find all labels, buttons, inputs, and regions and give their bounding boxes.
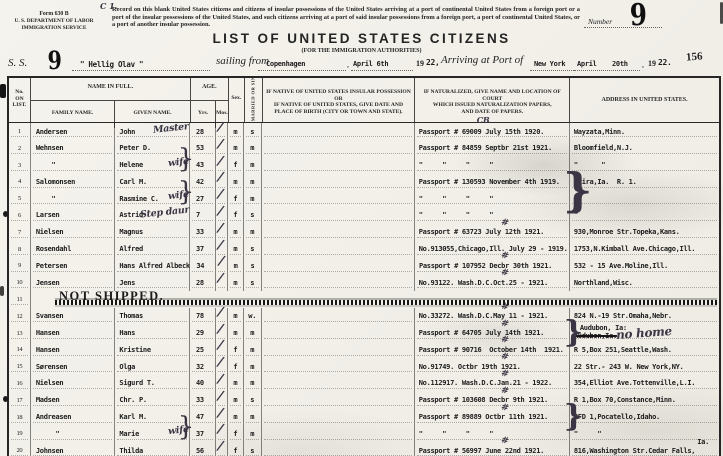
cell-family: Svansen bbox=[31, 308, 116, 325]
row-number: 2 bbox=[9, 140, 31, 157]
table-row: 3 "Helenewife}43/fm" " " "" " bbox=[9, 157, 719, 174]
handwritten-check: # bbox=[500, 351, 509, 362]
cell-family: Madsen bbox=[31, 392, 116, 409]
not-shipped-stamp: NOT SHIPPED. bbox=[59, 289, 164, 304]
ss-label: S. S. bbox=[8, 57, 27, 69]
table-row: 4SalomonsenCarl M.42/mmPassport # 130593… bbox=[9, 173, 719, 190]
cell-ms: m bbox=[244, 190, 262, 207]
row-number: 11 bbox=[9, 291, 31, 308]
printed-comma: , bbox=[347, 60, 349, 69]
cell-family: Larsen bbox=[31, 207, 116, 224]
cell-sex: f bbox=[228, 358, 244, 375]
cell-given: Hans Alfred Albeck bbox=[115, 257, 190, 274]
cell-sex: m bbox=[228, 140, 244, 157]
printed-comma: , bbox=[642, 60, 644, 69]
handwritten-check: # bbox=[500, 251, 509, 262]
cell-given: Thilda bbox=[115, 442, 190, 456]
cell-sex: f bbox=[228, 190, 244, 207]
table-row: 19 "Mariewife}37/fm" " " "" " bbox=[9, 425, 719, 442]
cell-sex: m bbox=[228, 123, 244, 140]
handwritten-check: # bbox=[500, 368, 509, 379]
cell-family: Petersen bbox=[31, 257, 115, 274]
cell-yrs: 29/ bbox=[190, 325, 216, 342]
cell-sex: f bbox=[228, 442, 244, 456]
cell-sex: f bbox=[228, 207, 244, 224]
table-row: 9PetersenHans Alfred Albeck34/msPassport… bbox=[9, 257, 719, 274]
cell-addr: R 1,Box 70,Constance,Minn. bbox=[570, 392, 719, 409]
cell-birth bbox=[262, 409, 415, 426]
address-entry: 354,Elliot Ave.Tottenville,L.I. bbox=[574, 379, 695, 387]
handwritten-check: # bbox=[500, 385, 509, 396]
cell-yrs: 32/ bbox=[190, 358, 216, 375]
cell-nat: Passport # 63723 July 12th 1921.# bbox=[415, 224, 570, 241]
handwritten-brace: } bbox=[564, 318, 583, 348]
cell-family: Nielsen bbox=[31, 224, 116, 241]
cell-family: Salomonsen bbox=[31, 173, 116, 190]
cell-family: Hansen bbox=[31, 325, 116, 342]
cell-ms: m bbox=[244, 409, 262, 426]
cell-family: Sørensen bbox=[31, 358, 116, 375]
cell-family: Johnsen bbox=[31, 442, 116, 456]
margin-ink-mark bbox=[3, 396, 8, 402]
table-row: 15SørensenOlga32/fmNo.91749. Octbr 19th … bbox=[9, 358, 719, 375]
cell-sex: m bbox=[228, 274, 244, 291]
col-header-married-single: MARRIED OR SINGLE bbox=[245, 78, 263, 122]
number-ruling-line bbox=[584, 26, 662, 28]
handwritten-check: # bbox=[500, 435, 509, 446]
cell-addr: }Exira,Ia. R. 1. bbox=[570, 173, 719, 190]
page-title: LIST OF UNITED STATES CITIZENS bbox=[0, 31, 723, 46]
row-number: 10 bbox=[9, 274, 31, 291]
col-header-sex: Sex. bbox=[229, 78, 245, 122]
cell-ms: s bbox=[244, 123, 262, 140]
cell-given: Helenewife} bbox=[115, 157, 190, 174]
address-entry: Northland,Wisc. bbox=[574, 279, 633, 287]
cell-sex: f bbox=[228, 425, 244, 442]
handwritten-note: Step daur bbox=[139, 204, 189, 220]
naturalization-entry: Passport # 90716 October 14th 1921. bbox=[419, 346, 564, 354]
naturalization-entry: Passport # 64705 July 14th 1921. bbox=[419, 329, 544, 337]
cell-sex: m bbox=[228, 241, 244, 258]
cell-ms: w. bbox=[244, 308, 262, 325]
table-row: 20JohnsenThilda56/fsPassport # 56997 Jun… bbox=[9, 442, 719, 456]
naturalization-entry: Passport # 103608 Decbr 9th 1921. bbox=[419, 396, 548, 404]
ship-name: " Hellig Olav " bbox=[80, 60, 143, 69]
row-number: 12 bbox=[9, 308, 31, 325]
row-number: 9 bbox=[9, 257, 31, 274]
cell-given: AstridStep daur bbox=[115, 207, 190, 224]
arrival-year: 22. bbox=[658, 58, 672, 67]
table-row: 14HansenKristine25/fmPassport # 90716 Oc… bbox=[9, 341, 719, 358]
row-number: 19 bbox=[9, 425, 31, 442]
cell-family: Hansen bbox=[31, 341, 116, 358]
cell-yrs: 27/ bbox=[190, 190, 216, 207]
naturalization-entry: Passport # 107952 Decbr 30th 1921. bbox=[419, 262, 552, 270]
printed-year-19: 19 bbox=[648, 59, 656, 68]
cell-addr: 1753,N.Kimball Ave.Chicago,Ill. bbox=[570, 241, 719, 258]
cell-birth bbox=[262, 308, 415, 325]
cell-birth bbox=[262, 274, 415, 291]
row-number: 6 bbox=[9, 207, 31, 224]
cell-addr: Wayzata,Minn. bbox=[570, 123, 719, 140]
cell-ms: m bbox=[244, 375, 262, 392]
cell-family: " bbox=[31, 157, 116, 174]
col-header-name: NAME IN FULL. FAMILY NAME. GIVEN NAME. bbox=[31, 78, 191, 122]
departure-year: 22, bbox=[426, 58, 440, 67]
arriving-label: Arriving at Port of bbox=[441, 54, 523, 66]
instructions-paragraph: Record on this blank United States citiz… bbox=[112, 6, 580, 29]
cell-given: Hans bbox=[115, 325, 190, 342]
ruling-line bbox=[351, 69, 413, 71]
cell-nat: " " " " bbox=[415, 425, 570, 442]
cell-ms: m bbox=[244, 140, 262, 157]
table-row: 16NielsenSigurd T.40/mmNo.112917. Wash.D… bbox=[9, 375, 719, 392]
arrival-month: April bbox=[577, 60, 597, 68]
cell-addr: R 5,Box 251,Seattle,Wash. bbox=[570, 341, 719, 358]
cell-birth bbox=[262, 157, 415, 174]
address-entry: R 5,Box 251,Seattle,Wash. bbox=[574, 346, 672, 354]
departure-date: April 6th bbox=[353, 60, 388, 68]
cell-given: Sigurd T. bbox=[115, 375, 190, 392]
cell-nat: No.112917. Wash.D.C.Jan.21 - 1922.# bbox=[415, 375, 570, 392]
row-number: 17 bbox=[9, 392, 31, 409]
cell-sex: m bbox=[228, 224, 244, 241]
address-entry: 532 - 15 Ave.Moline,Ill. bbox=[574, 262, 668, 270]
address-entry: 930,Monroe Str.Topeka,Kans. bbox=[574, 228, 680, 236]
address-entry: 22 Str.- 243 W. New York,NY. bbox=[574, 363, 684, 371]
table-row: 1AndersenJohnMaster28/msPassport # 69009… bbox=[9, 123, 719, 140]
cell-ms: m bbox=[244, 325, 262, 342]
cell-addr: }RFD 1,Pocatello,Idaho. bbox=[570, 409, 719, 426]
cell-given: Magnus bbox=[115, 224, 190, 241]
cell-given: Mariewife} bbox=[115, 425, 190, 442]
naturalization-entry: Passport # 63723 July 12th 1921. bbox=[419, 228, 544, 236]
cell-ms: s bbox=[244, 257, 262, 274]
table-row: 8RosendahlAlfred37/msNo.913055,Chicago,I… bbox=[9, 241, 719, 258]
name-in-full-label: NAME IN FULL. bbox=[31, 78, 190, 101]
cell-yrs: 33/ bbox=[190, 224, 216, 241]
cell-family: " bbox=[31, 425, 116, 442]
cell-ms: m bbox=[244, 358, 262, 375]
cell-addr: 824 N.-19 Str.Omaha,Nebr. bbox=[570, 308, 719, 325]
cell-ms: m bbox=[244, 341, 262, 358]
cell-yrs: 33/ bbox=[190, 392, 216, 409]
cell-nat: Passport # 107952 Decbr 30th 1921.# bbox=[415, 257, 570, 274]
cell-birth bbox=[262, 207, 415, 224]
cell-addr: " bbox=[570, 190, 719, 207]
arrival-day: 20th bbox=[612, 60, 628, 68]
cell-addr: 22 Str.- 243 W. New York,NY. bbox=[570, 358, 719, 375]
table-row: 6LarsenAstridStep daur7/fs" " " "" bbox=[9, 207, 719, 224]
handwritten-check: # bbox=[500, 217, 509, 228]
cell-birth bbox=[262, 123, 415, 140]
cell-given: Kristine bbox=[115, 341, 190, 358]
manifest-table: No. ON LIST. NAME IN FULL. FAMILY NAME. … bbox=[7, 76, 721, 456]
cell-sex: m bbox=[228, 392, 244, 409]
cell-birth bbox=[262, 224, 415, 241]
cell-given: Alfred bbox=[115, 241, 190, 258]
cell-sex: f bbox=[228, 157, 244, 174]
col-header-naturalization: IF NATURALIZED, GIVE NAME AND LOCATION O… bbox=[415, 78, 570, 122]
departure-port: Copenhagen bbox=[266, 60, 305, 68]
cell-addr: }Audubon, Ia:Audubon,Ia.no home bbox=[570, 325, 719, 342]
cell-birth bbox=[262, 442, 415, 456]
table-row: 7NielsenMagnus33/mmPassport # 63723 July… bbox=[9, 224, 719, 241]
cell-nat: " " " " bbox=[415, 190, 570, 207]
ship-manifest-document: C 1. Form 630 B U. S. DEPARTMENT OF LABO… bbox=[0, 0, 723, 456]
handwritten-check: # bbox=[500, 267, 509, 278]
not-shipped-area: NOT SHIPPED. bbox=[31, 291, 719, 308]
cell-nat: No.33272. Wash.D.C.May 11 - 1921.# bbox=[415, 308, 570, 325]
cell-birth bbox=[262, 241, 415, 258]
row-number: 1 bbox=[9, 123, 31, 140]
table-row: 18AndreasenKarl M.47/mmPassport # 89889 … bbox=[9, 409, 719, 426]
not-shipped-row: 11NOT SHIPPED. bbox=[9, 291, 719, 308]
printed-year-19: 19 bbox=[416, 59, 424, 68]
agency-name: U. S. DEPARTMENT OF LABOR bbox=[6, 18, 102, 25]
cell-addr: Bloomfield,N.J. bbox=[570, 140, 719, 157]
row-number: 16 bbox=[9, 375, 31, 392]
handwritten-brace: } bbox=[564, 402, 583, 432]
cell-sex: m bbox=[228, 173, 244, 190]
cell-sex: m bbox=[228, 375, 244, 392]
ruling-line bbox=[574, 69, 640, 71]
row-number: 13 bbox=[9, 325, 31, 342]
cell-birth bbox=[262, 140, 415, 157]
arrival-port: New York bbox=[534, 60, 565, 68]
row-number: 20 bbox=[9, 442, 31, 456]
cell-birth bbox=[262, 325, 415, 342]
cell-nat: Passport # 84859 Septbr 21st 1921. bbox=[415, 140, 570, 157]
address-entry: 824 N.-19 Str.Omaha,Nebr. bbox=[574, 312, 672, 320]
naturalization-entry: No.93122. Wash.D.C.Oct.25 - 1921. bbox=[419, 279, 548, 287]
sailing-from-label: sailing from bbox=[216, 55, 269, 67]
naturalization-entry: No.33272. Wash.D.C.May 11 - 1921. bbox=[419, 312, 548, 320]
cell-family: Nielsen bbox=[31, 375, 116, 392]
cell-nat: Passport # 130593 November 4th 1919. bbox=[415, 173, 570, 190]
naturalization-entry: " " " " bbox=[419, 161, 493, 169]
margin-ink-mark bbox=[3, 211, 8, 217]
form-number: Form 630 B bbox=[6, 11, 102, 18]
cell-ms: m bbox=[244, 173, 262, 190]
cell-nat: " " " " bbox=[415, 157, 570, 174]
naturalization-entry: Passport # 84859 Septbr 21st 1921. bbox=[419, 144, 552, 152]
cell-birth bbox=[262, 375, 415, 392]
cell-yrs: 7/ bbox=[190, 207, 216, 224]
cell-ms: s bbox=[244, 241, 262, 258]
table-row: 12SvansenThomas78/mw.No.33272. Wash.D.C.… bbox=[9, 308, 719, 325]
cell-yrs: 34/ bbox=[190, 257, 216, 274]
table-row: 13HansenHans29/mmPassport # 64705 July 1… bbox=[9, 325, 719, 342]
page-number: 156 bbox=[686, 50, 703, 63]
cell-mos bbox=[216, 442, 228, 456]
cell-family: Andreasen bbox=[31, 409, 116, 426]
cell-yrs: 25/ bbox=[190, 341, 216, 358]
cell-yrs: 40/ bbox=[190, 375, 216, 392]
address-overflow-entry: Ia. bbox=[697, 438, 709, 446]
col-header-birth: IF NATIVE OF UNITED STATES INSULAR POSSE… bbox=[263, 78, 416, 122]
cell-sex: m bbox=[228, 257, 244, 274]
col-header-address: ADDRESS IN UNITED STATES. bbox=[570, 78, 719, 122]
ruling-line bbox=[258, 69, 346, 71]
col-header-age: AGE. Yrs. Mos. bbox=[191, 78, 229, 122]
cell-birth bbox=[262, 257, 415, 274]
cell-yrs: 28/ bbox=[190, 274, 216, 291]
cell-nat: " " " " bbox=[415, 207, 570, 224]
row-number: 15 bbox=[9, 358, 31, 375]
cell-yrs: 28/ bbox=[190, 123, 216, 140]
cell-yrs: 43/ bbox=[190, 157, 216, 174]
cell-nat: Passport # 64705 July 14th 1921.# bbox=[415, 325, 570, 342]
col-header-no: No. ON LIST. bbox=[9, 78, 31, 122]
cell-yrs: 78/ bbox=[190, 308, 216, 325]
handwritten-check: # bbox=[500, 318, 509, 329]
row-number: 14 bbox=[9, 341, 31, 358]
cell-nat: Passport # 89889 Octbr 11th 1921.# bbox=[415, 409, 570, 426]
table-row: 5 "Rasmine C.wife}27/fm" " " "" bbox=[9, 190, 719, 207]
naturalization-entry: Passport # 69009 July 15th 1920. bbox=[419, 128, 544, 136]
address-entry: RFD 1,Pocatello,Idaho. bbox=[574, 413, 660, 421]
age-label: AGE. bbox=[191, 78, 228, 101]
table-body: 1AndersenJohnMaster28/msPassport # 69009… bbox=[9, 123, 719, 456]
table-header: No. ON LIST. NAME IN FULL. FAMILY NAME. … bbox=[9, 78, 719, 123]
cell-ms: m bbox=[244, 425, 262, 442]
naturalization-entry: Passport # 56997 June 22nd 1921. bbox=[419, 447, 544, 455]
ink-blob bbox=[0, 286, 4, 296]
cell-addr: Northland,Wisc. bbox=[570, 274, 719, 291]
cell-addr: 532 - 15 Ave.Moline,Ill. bbox=[570, 257, 719, 274]
number-label: Number bbox=[588, 17, 612, 26]
row-number: 18 bbox=[9, 409, 31, 426]
cell-yrs: 37/ bbox=[190, 241, 216, 258]
table-row: 2WehnsenPeter D.53/mmPassport # 84859 Se… bbox=[9, 140, 719, 157]
handwritten-brace: } bbox=[563, 168, 592, 212]
row-number: 3 bbox=[9, 157, 31, 174]
row-number: 8 bbox=[9, 241, 31, 258]
cell-given: Olga bbox=[115, 358, 190, 375]
cell-family: Andersen bbox=[31, 123, 116, 140]
cell-nat: Passport # 103608 Decbr 9th 1921.# bbox=[415, 392, 570, 409]
cell-ms: m bbox=[244, 224, 262, 241]
cell-sex: m bbox=[228, 308, 244, 325]
cell-nat: No.91749. Octbr 19th 1921.# bbox=[415, 358, 570, 375]
cell-birth bbox=[262, 341, 415, 358]
page-subtitle: (FOR THE IMMIGRATION AUTHORITIES) bbox=[0, 48, 723, 54]
cell-ms: s bbox=[244, 392, 262, 409]
handwritten-note: Master bbox=[153, 121, 190, 136]
row-number: 7 bbox=[9, 224, 31, 241]
cell-family: Wehnsen bbox=[31, 140, 116, 157]
ink-blob bbox=[0, 84, 6, 98]
cell-addr: 816,Washington Str.Cedar Falls,Ia. bbox=[570, 442, 719, 456]
cell-nat: No.93122. Wash.D.C.Oct.25 - 1921.# bbox=[415, 274, 570, 291]
cell-given: Chr. P. bbox=[115, 392, 190, 409]
naturalization-entry: " " " " bbox=[419, 430, 493, 438]
cell-ms: s bbox=[244, 207, 262, 224]
cell-addr: 930,Monroe Str.Topeka,Kans. bbox=[570, 224, 719, 241]
naturalization-entry: No.112917. Wash.D.C.Jan.21 - 1922. bbox=[419, 379, 552, 387]
cell-given: Thomas bbox=[115, 308, 190, 325]
cell-birth bbox=[262, 173, 415, 190]
cell-birth bbox=[262, 190, 415, 207]
naturalization-entry: " " " " bbox=[419, 195, 493, 203]
handwritten-cb-mark: CB bbox=[477, 115, 490, 125]
ruling-line bbox=[72, 69, 210, 71]
cell-yrs: 56/ bbox=[190, 442, 216, 456]
row-number: 4 bbox=[9, 173, 31, 190]
cell-addr: 354,Elliot Ave.Tottenville,L.I. bbox=[570, 375, 719, 392]
cell-birth bbox=[262, 425, 415, 442]
cell-birth bbox=[262, 358, 415, 375]
cell-nat: Passport # 56997 June 22nd 1921.# bbox=[415, 442, 570, 456]
naturalization-entry: Passport # 130593 November 4th 1919. bbox=[419, 178, 560, 186]
cell-family: " bbox=[31, 190, 116, 207]
address-entry: 1753,N.Kimball Ave.Chicago,Ill. bbox=[574, 245, 695, 253]
address-entry: Bloomfield,N.J. bbox=[574, 144, 633, 152]
cell-ms: s bbox=[244, 274, 262, 291]
cell-nat: No.913055,Chicago,Ill. July 29 - 1919. bbox=[415, 241, 570, 258]
cell-yrs: 37/ bbox=[190, 425, 216, 442]
cell-nat: Passport # 90716 October 14th 1921.# bbox=[415, 341, 570, 358]
cell-birth bbox=[262, 392, 415, 409]
handwritten-check: # bbox=[500, 335, 509, 346]
cell-family: Rosendahl bbox=[31, 241, 116, 258]
row-number: 5 bbox=[9, 190, 31, 207]
cell-ms: s bbox=[244, 442, 262, 456]
list-number-stamp: 9 bbox=[629, 0, 647, 33]
cell-sex: m bbox=[228, 409, 244, 426]
naturalization-entry: No.913055,Chicago,Ill. July 29 - 1919. bbox=[419, 245, 568, 253]
address-entry: 816,Washington Str.Cedar Falls, bbox=[574, 447, 695, 455]
cell-mos bbox=[216, 274, 228, 291]
cell-nat: Passport # 69009 July 15th 1920.CB bbox=[415, 123, 570, 140]
cell-sex: f bbox=[228, 341, 244, 358]
address-entry: R 1,Box 70,Constance,Minn. bbox=[574, 396, 676, 404]
address-entry: Wayzata,Minn. bbox=[574, 128, 625, 136]
handwritten-check: # bbox=[500, 402, 509, 413]
cell-given: JohnMaster bbox=[115, 123, 190, 140]
form-id-block: Form 630 B U. S. DEPARTMENT OF LABOR IMM… bbox=[6, 11, 102, 32]
cell-addr: " bbox=[570, 207, 719, 224]
table-row: 17MadsenChr. P.33/msPassport # 103608 De… bbox=[9, 392, 719, 409]
cell-ms: m bbox=[244, 157, 262, 174]
naturalization-entry: Passport # 89889 Octbr 11th 1921. bbox=[419, 413, 548, 421]
naturalization-entry: " " " " bbox=[419, 211, 493, 219]
ss-number-stamp: 9 bbox=[47, 46, 62, 76]
cell-addr: " " bbox=[570, 157, 719, 174]
cell-sex: m bbox=[228, 325, 244, 342]
